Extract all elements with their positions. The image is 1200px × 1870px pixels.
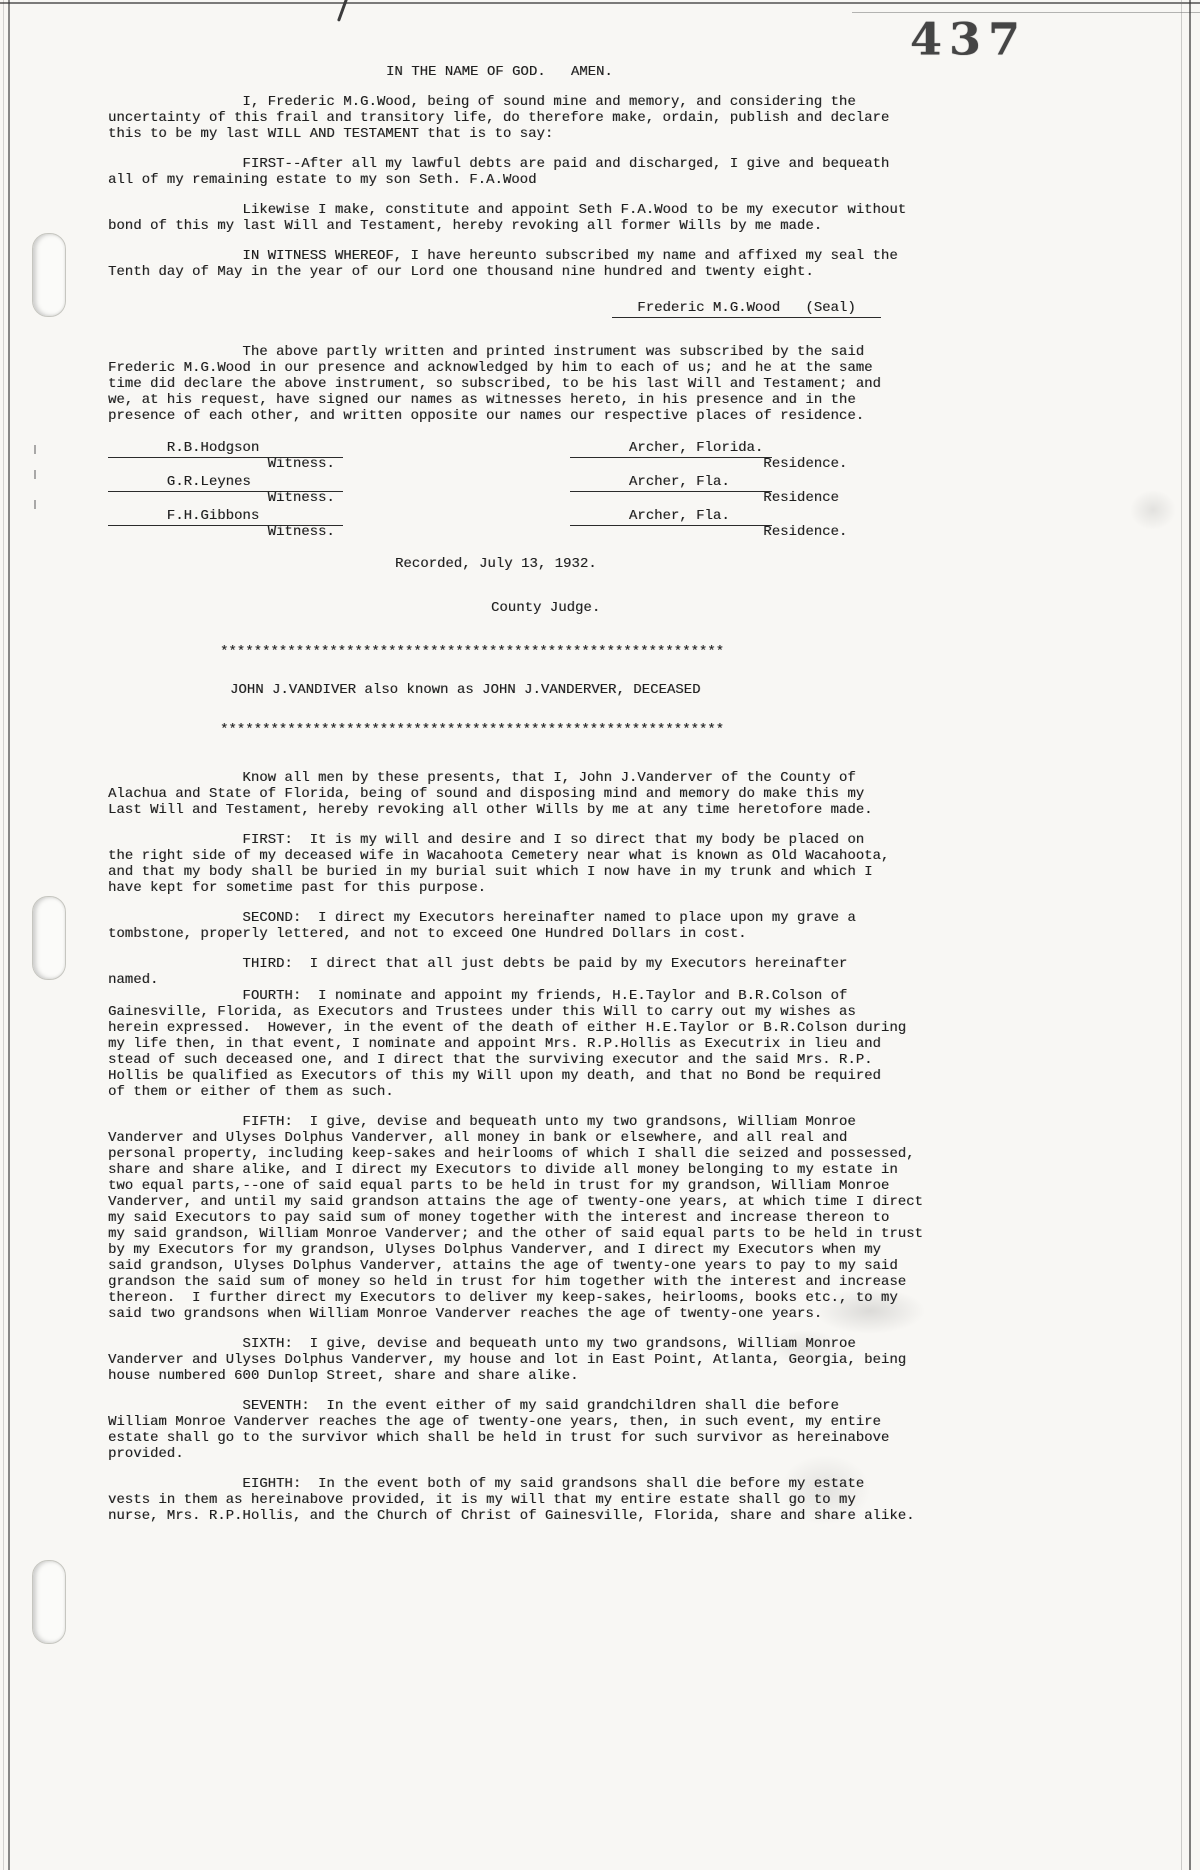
will1-preamble-line: this to be my last WILL AND TESTAMENT th… bbox=[108, 126, 1128, 142]
will2-eighth-line: EIGHTH: In the event both of my said gra… bbox=[108, 1476, 1128, 1492]
block-attestation: The above partly written and printed ins… bbox=[108, 344, 1128, 424]
block-title: IN THE NAME OF GOD. AMEN. bbox=[108, 64, 1128, 80]
block-will1-signature: Frederic M.G.Wood (Seal) bbox=[108, 300, 1128, 316]
star-divider-2: ****************************************… bbox=[220, 722, 1128, 738]
block-will2-seventh: SEVENTH: In the event either of my said … bbox=[108, 1398, 1128, 1462]
block-witness-table: R.B.Hodgson Archer, Florida. Witness. Re… bbox=[108, 440, 1128, 540]
binder-hole-bottom bbox=[32, 1560, 66, 1644]
block-will2-second: SECOND: I direct my Executors hereinafte… bbox=[108, 910, 1128, 942]
witness-name-line: G.R.Leynes Archer, Fla. bbox=[108, 474, 1128, 490]
signature-underline: Frederic M.G.Wood (Seal) bbox=[612, 300, 881, 318]
star-divider-1: ****************************************… bbox=[220, 644, 1128, 660]
block-recorded-line: Recorded, July 13, 1932. bbox=[108, 556, 1128, 572]
will2-seventh-line: William Monroe Vanderver reaches the age… bbox=[108, 1414, 1128, 1430]
block-will1-witness-clause: IN WITNESS WHEREOF, I have hereunto subs… bbox=[108, 248, 1128, 280]
will2-preamble-line: Last Will and Testament, hereby revoking… bbox=[108, 802, 1128, 818]
block-will2-first: FIRST: It is my will and desire and I so… bbox=[108, 832, 1128, 896]
scan-edge-right bbox=[1189, 0, 1191, 1870]
witness-row: R.B.Hodgson Archer, Florida. Witness. Re… bbox=[108, 440, 1128, 472]
will2-eighth-line: nurse, Mrs. R.P.Hollis, and the Church o… bbox=[108, 1508, 1128, 1524]
block-will2-eighth: EIGHTH: In the event both of my said gra… bbox=[108, 1476, 1128, 1524]
witness-row: F.H.Gibbons Archer, Fla. Witness. Reside… bbox=[108, 508, 1128, 540]
block-county-judge-line: County Judge. bbox=[108, 600, 1128, 616]
witness-name-line: R.B.Hodgson Archer, Florida. bbox=[108, 440, 1128, 456]
margin-tick bbox=[34, 445, 36, 454]
witness-name-line: F.H.Gibbons Archer, Fla. bbox=[108, 508, 1128, 524]
block-will1-first: FIRST--After all my lawful debts are pai… bbox=[108, 156, 1128, 188]
scan-edge-top bbox=[0, 2, 1200, 4]
witness-label-line: Witness. Residence bbox=[108, 490, 1128, 506]
will2-fifth-line: my said Executors to pay said sum of mon… bbox=[108, 1210, 1128, 1226]
will2-first-line: the right side of my deceased wife in Wa… bbox=[108, 848, 1128, 864]
will2-third-line: named. bbox=[108, 972, 1128, 988]
block-star-divider-2: ****************************************… bbox=[108, 722, 1128, 738]
attestation-line: we, at his request, have signed our name… bbox=[108, 392, 1128, 408]
block-star-divider-1: ****************************************… bbox=[108, 644, 1128, 660]
will2-fifth-line: Vanderver and Ulyses Dolphus Vanderver, … bbox=[108, 1130, 1128, 1146]
witness-row: G.R.Leynes Archer, Fla. Witness. Residen… bbox=[108, 474, 1128, 506]
block-will2-preamble: Know all men by these presents, that I, … bbox=[108, 770, 1128, 818]
vandiver-heading: JOHN J.VANDIVER also known as JOHN J.VAN… bbox=[230, 682, 1128, 698]
will2-second-line: SECOND: I direct my Executors hereinafte… bbox=[108, 910, 1128, 926]
attestation-line: presence of each other, and written oppo… bbox=[108, 408, 1128, 424]
will2-fourth-line: herein expressed. However, in the event … bbox=[108, 1020, 1128, 1036]
scan-edge-left-outer bbox=[3, 0, 4, 1870]
binder-hole-top bbox=[32, 233, 66, 317]
will2-fourth-line: my life then, in that event, I nominate … bbox=[108, 1036, 1128, 1052]
document-content: IN THE NAME OF GOD. AMEN. I, Frederic M.… bbox=[108, 64, 1128, 1524]
will1-first-line: all of my remaining estate to my son Set… bbox=[108, 172, 1128, 188]
will2-second-line: tombstone, properly lettered, and not to… bbox=[108, 926, 1128, 942]
county-judge-line: County Judge. bbox=[491, 600, 1128, 616]
document-page: 437 IN THE NAME OF GOD. AMEN. I, Frederi… bbox=[0, 0, 1200, 1870]
will2-seventh-line: SEVENTH: In the event either of my said … bbox=[108, 1398, 1128, 1414]
attestation-line: The above partly written and printed ins… bbox=[108, 344, 1128, 360]
binder-hole-middle bbox=[32, 896, 66, 980]
will2-fourth-line: Hollis be qualified as Executors of this… bbox=[108, 1068, 1128, 1084]
will1-executor-line: Likewise I make, constitute and appoint … bbox=[108, 202, 1128, 218]
will2-fifth-line: thereon. I further direct my Executors t… bbox=[108, 1290, 1128, 1306]
recorded-line: Recorded, July 13, 1932. bbox=[395, 556, 1128, 572]
witness-label-line: Witness. Residence. bbox=[108, 524, 1128, 540]
will2-sixth-line: SIXTH: I give, devise and bequeath unto … bbox=[108, 1336, 1128, 1352]
block-vandiver-heading: JOHN J.VANDIVER also known as JOHN J.VAN… bbox=[108, 682, 1128, 698]
will2-preamble-line: Alachua and State of Florida, being of s… bbox=[108, 786, 1128, 802]
will2-fifth-line: Vanderver, and until my said grandson at… bbox=[108, 1194, 1128, 1210]
will2-first-line: have kept for sometime past for this pur… bbox=[108, 880, 1128, 896]
will2-fifth-line: grandson the said sum of money so held i… bbox=[108, 1274, 1128, 1290]
will1-first-line: FIRST--After all my lawful debts are pai… bbox=[108, 156, 1128, 172]
will2-fourth-line: stead of such deceased one, and I direct… bbox=[108, 1052, 1128, 1068]
will2-sixth-line: house numbered 600 Dunlop Street, share … bbox=[108, 1368, 1128, 1384]
will1-preamble-line: uncertainty of this frail and transitory… bbox=[108, 110, 1128, 126]
will2-preamble-line: Know all men by these presents, that I, … bbox=[108, 770, 1128, 786]
will2-fifth-line: FIFTH: I give, devise and bequeath unto … bbox=[108, 1114, 1128, 1130]
will2-fifth-line: share and share alike, and I direct my E… bbox=[108, 1162, 1128, 1178]
will2-seventh-line: provided. bbox=[108, 1446, 1128, 1462]
will1-preamble-line: I, Frederic M.G.Wood, being of sound min… bbox=[108, 94, 1128, 110]
will2-seventh-line: estate shall go to the survivor which sh… bbox=[108, 1430, 1128, 1446]
will2-fifth-line: said two grandsons when William Monroe V… bbox=[108, 1306, 1128, 1322]
attestation-line: time did declare the above instrument, s… bbox=[108, 376, 1128, 392]
will2-first-line: and that my body shall be buried in my b… bbox=[108, 864, 1128, 880]
will2-fifth-line: two equal parts,--one of said equal part… bbox=[108, 1178, 1128, 1194]
will2-fifth-line: said grandson, Ulyses Dolphus Vanderver,… bbox=[108, 1258, 1128, 1274]
will2-fourth-line: of them or either of them as such. bbox=[108, 1084, 1128, 1100]
will1-executor-line: bond of this my last Will and Testament,… bbox=[108, 218, 1128, 234]
block-will2-fifth: FIFTH: I give, devise and bequeath unto … bbox=[108, 1114, 1128, 1322]
will2-fifth-line: by my Executors for my grandson, Ulyses … bbox=[108, 1242, 1128, 1258]
margin-tick bbox=[34, 470, 36, 479]
block-will2-fourth: FOURTH: I nominate and appoint my friend… bbox=[108, 988, 1128, 1100]
block-will2-third: THIRD: I direct that all just debts be p… bbox=[108, 956, 1128, 988]
paper-smudge bbox=[1130, 490, 1176, 530]
scan-edge-left bbox=[8, 0, 10, 1870]
margin-tick bbox=[34, 500, 36, 509]
will2-eighth-line: vests in them as hereinabove provided, i… bbox=[108, 1492, 1128, 1508]
block-will1-executor: Likewise I make, constitute and appoint … bbox=[108, 202, 1128, 234]
will1-witness-clause-line: IN WITNESS WHEREOF, I have hereunto subs… bbox=[108, 248, 1128, 264]
will1-witness-clause-line: Tenth day of May in the year of our Lord… bbox=[108, 264, 1128, 280]
will2-fourth-line: FOURTH: I nominate and appoint my friend… bbox=[108, 988, 1128, 1004]
will2-first-line: FIRST: It is my will and desire and I so… bbox=[108, 832, 1128, 848]
will2-sixth-line: Vanderver and Ulyses Dolphus Vanderver, … bbox=[108, 1352, 1128, 1368]
block-will1-preamble: I, Frederic M.G.Wood, being of sound min… bbox=[108, 94, 1128, 142]
witness-label-line: Witness. Residence. bbox=[108, 456, 1128, 472]
attestation-line: Frederic M.G.Wood in our presence and ac… bbox=[108, 360, 1128, 376]
title: IN THE NAME OF GOD. AMEN. bbox=[386, 64, 1128, 80]
scan-edge-right-inner bbox=[1181, 0, 1182, 1870]
will2-fifth-line: my said grandson, William Monroe Vanderv… bbox=[108, 1226, 1128, 1242]
will1-signature-line: Frederic M.G.Wood (Seal) bbox=[108, 300, 1128, 316]
page-number-stamp: 437 bbox=[910, 13, 1027, 65]
will2-fifth-line: personal property, including keep-sakes … bbox=[108, 1146, 1128, 1162]
will2-fourth-line: Gainesville, Florida, as Executors and T… bbox=[108, 1004, 1128, 1020]
will2-third-line: THIRD: I direct that all just debts be p… bbox=[108, 956, 1128, 972]
block-will2-sixth: SIXTH: I give, devise and bequeath unto … bbox=[108, 1336, 1128, 1384]
